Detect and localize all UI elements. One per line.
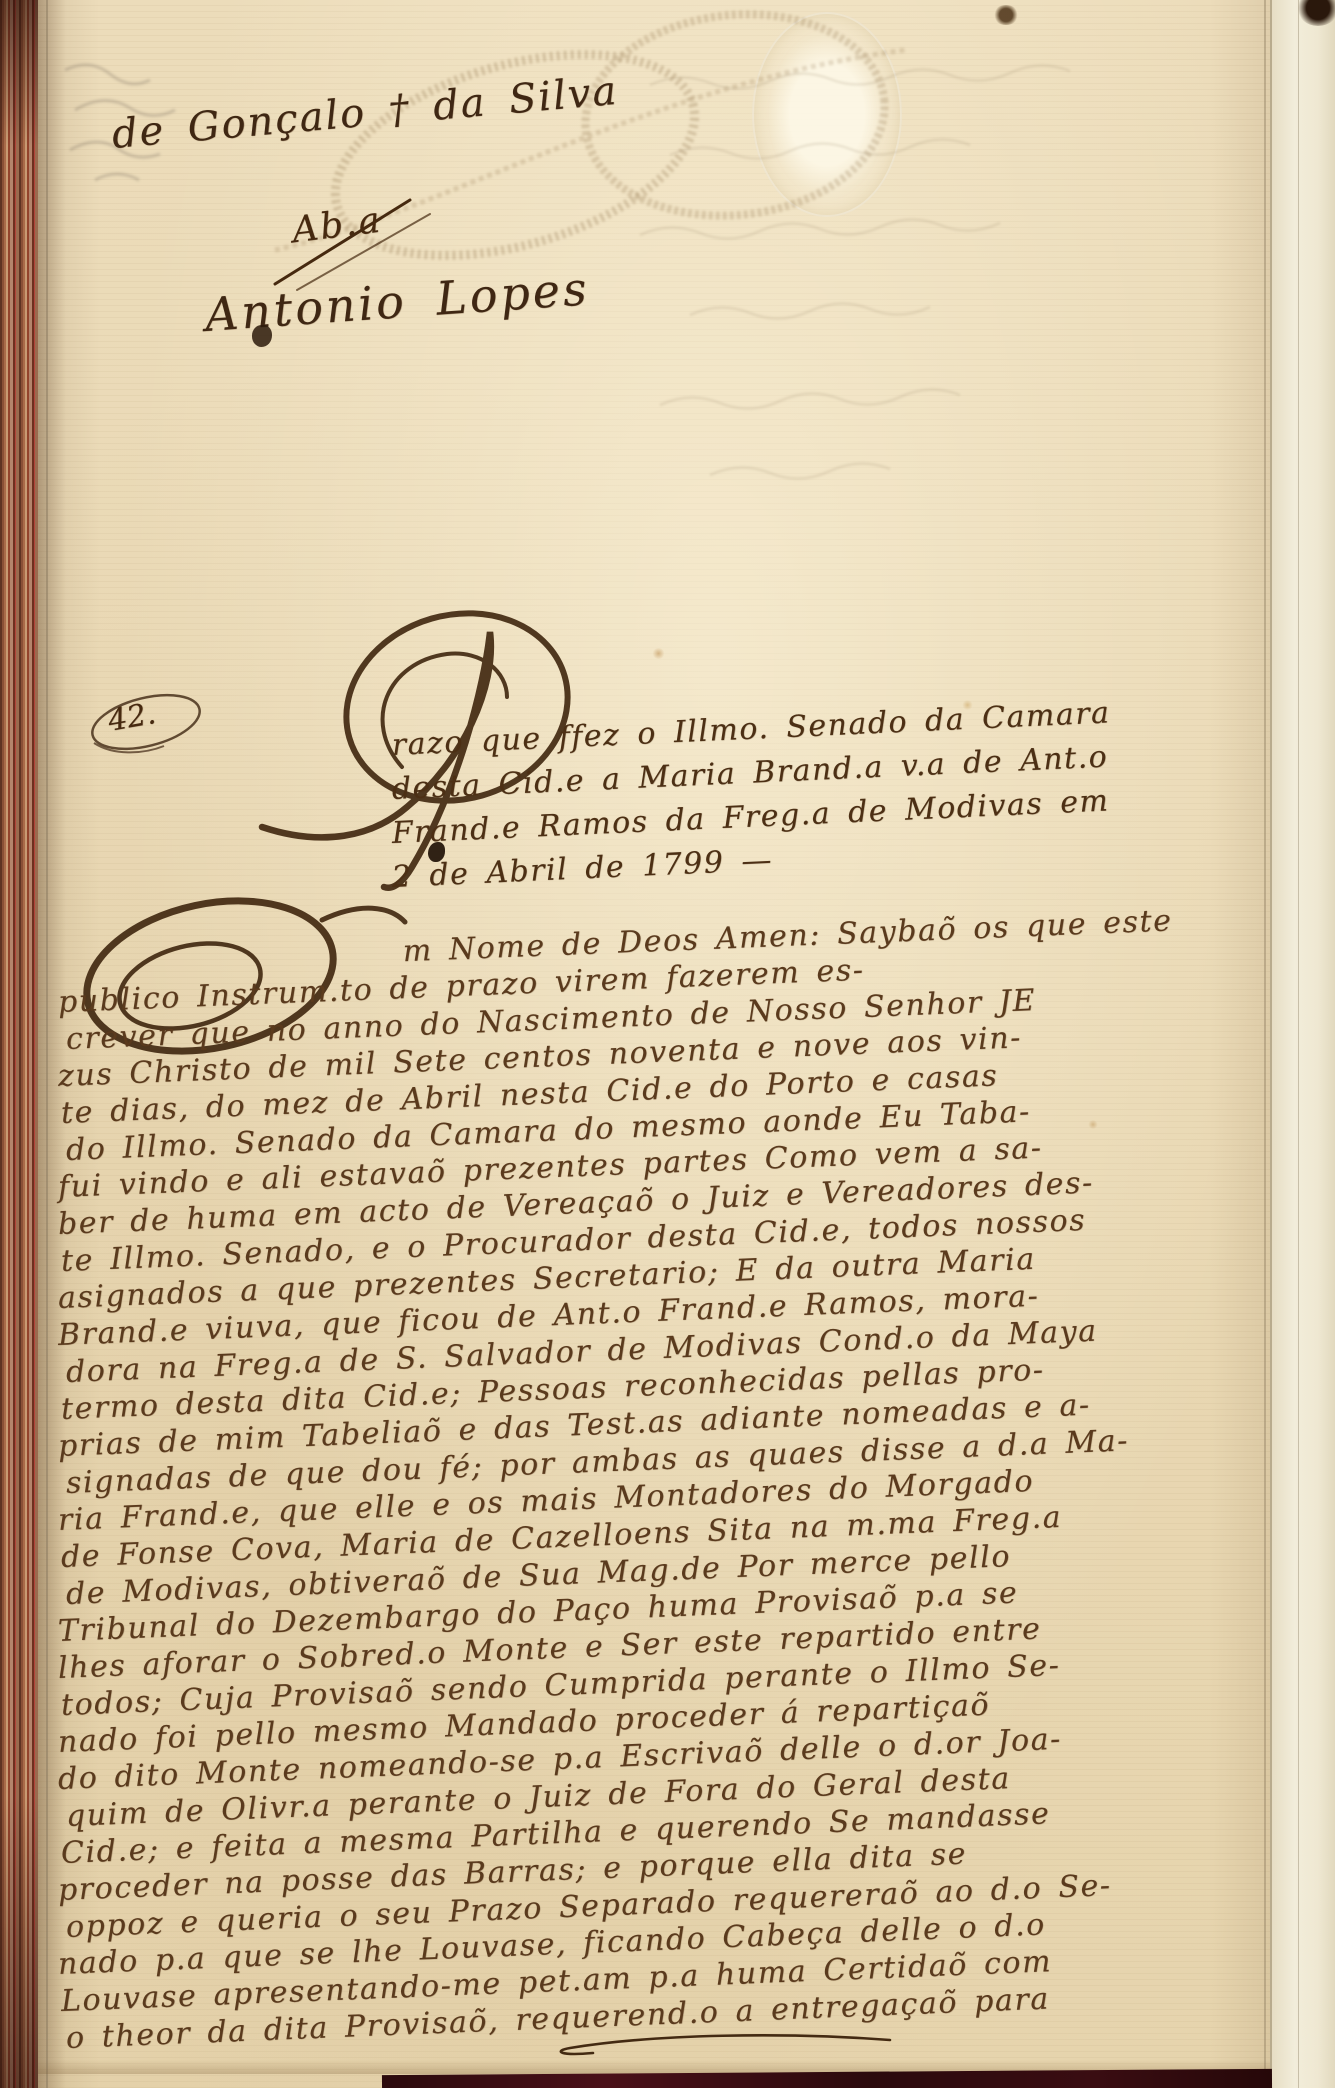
underline-flourish: [545, 2030, 895, 2060]
left-margin-rule: [46, 0, 48, 2088]
adjacent-page-edge: [1270, 0, 1335, 2088]
body-text: m Nome de Deos Amen: Saybaõ os que este …: [58, 948, 1273, 2058]
fox-spot: [652, 648, 665, 659]
ink-stain: [993, 5, 1019, 25]
ink-show-through: [630, 25, 1270, 505]
fox-spot: [1088, 1120, 1098, 1129]
adjacent-page-crease: [1298, 0, 1299, 2088]
manuscript-scan: de Gonçalo † da Silva Ab.a Antonio Lopes…: [0, 0, 1335, 2088]
fox-spot: [962, 700, 973, 710]
heading-block: razo que ffez o Illmo. Senado da Camara …: [392, 728, 1272, 904]
book-fore-edge: [0, 0, 40, 2088]
